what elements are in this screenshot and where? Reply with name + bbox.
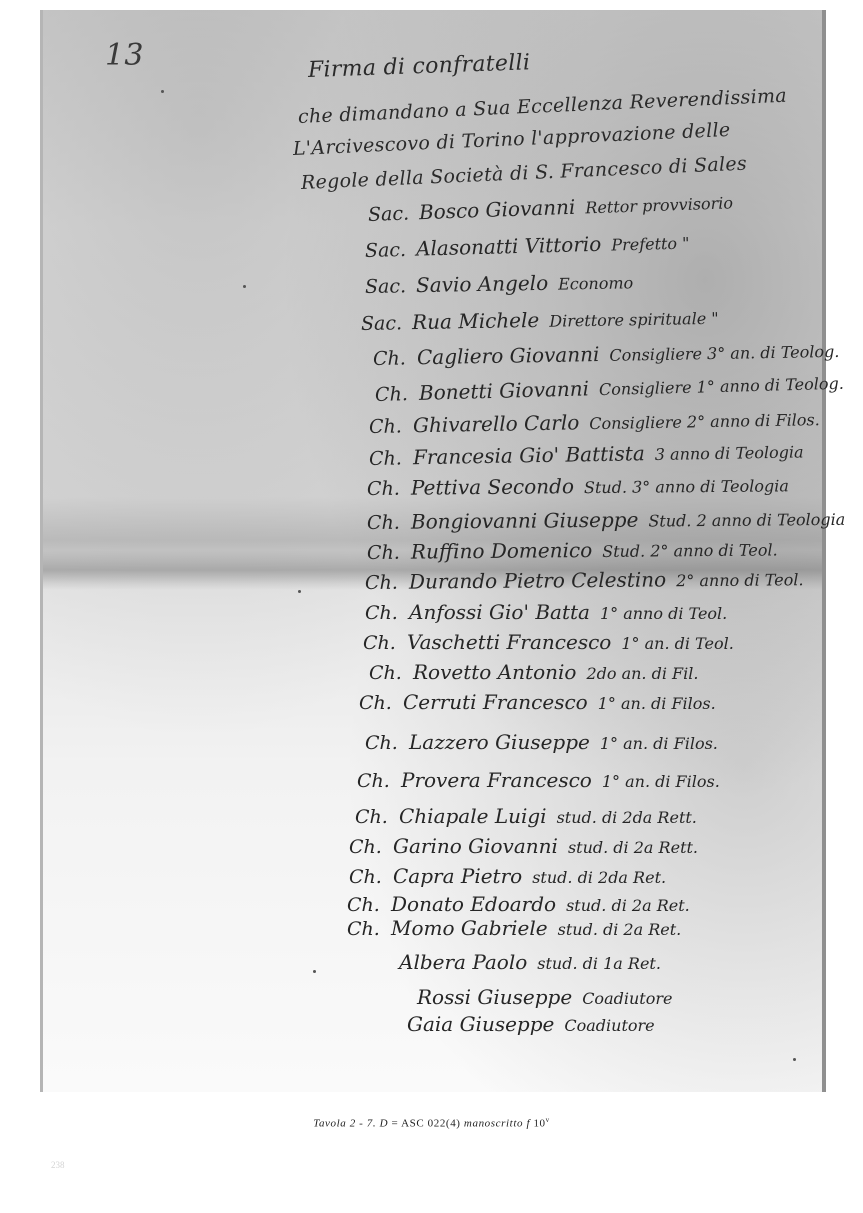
signature-title: Ch.: [369, 447, 403, 470]
signature-role: 1° an. di Filos.: [602, 772, 720, 791]
signature-role: 1° anno di Teol.: [600, 604, 727, 623]
signature-name: Rovetto Antonio: [413, 660, 576, 684]
caption-letter: D: [380, 1118, 389, 1130]
signature-role: Stud. 2 anno di Teologia: [648, 510, 845, 531]
signature-row: Ch. Momo Gabriele stud. di 2a Ret.: [347, 916, 681, 940]
signature-row: Albera Paolo stud. di 1a Ret.: [399, 950, 661, 974]
signature-name: Anfossi Gio' Batta: [409, 600, 590, 624]
signature-row: Ch. Francesia Gio' Battista 3 anno di Te…: [369, 438, 804, 470]
signature-title: Ch.: [347, 894, 381, 916]
signature-role: Rettor provvisorio: [585, 193, 733, 217]
signature-role: 1° an. di Filos.: [600, 734, 718, 753]
signature-role: 1° an. di Filos.: [598, 694, 716, 713]
signature-title: Ch.: [349, 836, 383, 858]
signature-title: Ch.: [357, 770, 391, 792]
figure-caption: Tavola 2 - 7. D = ASC 022(4) manoscritto…: [0, 1116, 863, 1130]
signature-role: 1° an. di Teol.: [621, 634, 733, 653]
signature-role: Prefetto ": [611, 234, 690, 255]
signature-role: Consigliere 1° anno di Teolog.: [599, 374, 844, 399]
signature-title: Sac.: [365, 275, 406, 298]
manuscript-heading: Firma di confratelli: [308, 50, 531, 83]
signature-role: Coadiutore: [582, 989, 672, 1008]
signature-title: Ch.: [367, 478, 401, 500]
signature-role: Consigliere 3° an. di Teolog.: [609, 342, 839, 365]
signature-row: Ch. Rovetto Antonio 2do an. di Fil.: [369, 660, 698, 684]
signature-role: Stud. 2° anno di Teol.: [602, 540, 778, 561]
signature-row: Sac. Bosco Giovanni Rettor provvisorio: [368, 189, 734, 226]
signature-name: Ruffino Domenico: [411, 538, 592, 564]
signature-name: Momo Gabriele: [391, 916, 548, 940]
signature-row: Ch. Bongiovanni Giuseppe Stud. 2 anno di…: [367, 506, 845, 534]
signature-name: Pettiva Secondo: [411, 474, 574, 499]
signature-role: stud. di 2da Ret.: [532, 868, 666, 887]
ink-speck: [243, 285, 246, 288]
signature-name: Lazzero Giuseppe: [409, 730, 590, 754]
signature-title: Ch.: [367, 542, 401, 564]
signature-name: Donato Edoardo: [391, 892, 556, 916]
signature-role: stud. di 2da Rett.: [557, 808, 697, 827]
manuscript-scan: 13 Firma di confratelli che dimandano a …: [40, 10, 826, 1092]
signature-role: Consigliere 2° anno di Filos.: [589, 410, 820, 433]
ink-speck: [298, 590, 301, 593]
signature-role: 2° anno di Teol.: [676, 570, 803, 590]
caption-type: manoscritto: [464, 1118, 523, 1130]
signature-row: Ch. Vaschetti Francesco 1° an. di Teol.: [363, 630, 734, 654]
signature-role: Economo: [558, 273, 633, 293]
ink-speck: [313, 970, 316, 973]
signature-row: Rossi Giuseppe Coadiutore: [417, 985, 672, 1009]
signature-row: Ch. Cerruti Francesco 1° an. di Filos.: [359, 690, 716, 714]
signature-row: Ch. Donato Edoardo stud. di 2a Ret.: [347, 892, 690, 916]
caption-folio-prefix: f: [526, 1118, 530, 1130]
signature-name: Gaia Giuseppe: [407, 1012, 554, 1036]
signature-row: Ch. Durando Pietro Celestino 2° anno di …: [365, 566, 804, 594]
signature-role: stud. di 2a Ret.: [558, 920, 682, 939]
page-number: 238: [51, 1160, 65, 1170]
signature-role: Stud. 3° anno di Teologia: [584, 476, 789, 497]
signature-row: Ch. Lazzero Giuseppe 1° an. di Filos.: [365, 730, 718, 754]
ink-speck: [793, 1058, 796, 1061]
signature-name: Cerruti Francesco: [403, 690, 588, 714]
signature-row: Ch. Bonetti Giovanni Consigliere 1° anno…: [375, 370, 844, 406]
signature-row: Sac. Savio Angelo Economo: [365, 269, 634, 298]
signature-role: 3 anno di Teologia: [655, 442, 804, 464]
signature-row: Ch. Ghivarello Carlo Consigliere 2° anno…: [369, 406, 820, 438]
signature-name: Bongiovanni Giuseppe: [411, 508, 639, 534]
signature-name: Rua Michele: [412, 308, 540, 334]
signature-name: Rossi Giuseppe: [417, 985, 572, 1009]
signature-title: Ch.: [359, 692, 393, 714]
signature-row: Ch. Capra Pietro stud. di 2da Ret.: [349, 864, 666, 888]
signature-row: Ch. Cagliero Giovanni Consigliere 3° an.…: [373, 338, 840, 370]
signature-role: stud. di 2a Ret.: [566, 896, 690, 915]
signature-name: Cagliero Giovanni: [417, 342, 600, 369]
signature-title: Ch.: [349, 866, 383, 888]
signature-title: Ch.: [375, 383, 410, 406]
signature-row: Ch. Anfossi Gio' Batta 1° anno di Teol.: [365, 600, 727, 624]
signature-name: Provera Francesco: [401, 768, 592, 792]
signature-row: Sac. Rua Michele Direttore spirituale ": [361, 305, 719, 335]
signature-title: Ch.: [365, 572, 399, 594]
signature-title: Ch.: [365, 602, 399, 624]
ink-speck: [161, 90, 164, 93]
intro-line-3: Regole della Società di S. Francesco di …: [301, 153, 748, 194]
caption-equals: =: [392, 1118, 399, 1130]
caption-tavola: Tavola 2 - 7.: [313, 1118, 376, 1130]
signature-name: Chiapale Luigi: [399, 804, 547, 828]
caption-folio-side: v: [546, 1116, 550, 1124]
signature-name: Francesia Gio' Battista: [413, 441, 645, 469]
signature-name: Bonetti Giovanni: [419, 376, 590, 404]
signature-row: Ch. Ruffino Domenico Stud. 2° anno di Te…: [367, 536, 778, 564]
signature-title: Ch.: [347, 918, 381, 940]
signature-name: Savio Angelo: [416, 271, 549, 297]
signature-row: Ch. Provera Francesco 1° an. di Filos.: [357, 768, 720, 792]
signature-name: Albera Paolo: [399, 950, 527, 974]
signature-role: stud. di 1a Ret.: [537, 954, 661, 973]
signature-title: Ch.: [365, 732, 399, 754]
signature-role: Coadiutore: [564, 1016, 654, 1035]
caption-folio: 10: [533, 1118, 545, 1130]
signature-title: Ch.: [355, 806, 389, 828]
signature-name: Ghivarello Carlo: [413, 410, 580, 437]
signature-role: stud. di 2a Rett.: [568, 838, 698, 857]
signature-row: Gaia Giuseppe Coadiutore: [407, 1012, 655, 1036]
signature-title: Ch.: [369, 415, 403, 438]
signature-title: Ch.: [367, 512, 401, 534]
signature-name: Garino Giovanni: [393, 834, 558, 858]
signature-row: Ch. Pettiva Secondo Stud. 3° anno di Teo…: [367, 472, 789, 500]
folio-mark: 13: [105, 38, 144, 73]
signature-title: Sac.: [368, 203, 410, 226]
caption-archive: ASC 022(4): [401, 1118, 460, 1130]
signature-role: Direttore spirituale ": [549, 309, 719, 331]
signature-title: Sac.: [361, 312, 402, 335]
signature-title: Ch.: [369, 662, 403, 684]
signature-name: Durando Pietro Celestino: [409, 567, 666, 593]
signature-role: 2do an. di Fil.: [586, 664, 698, 683]
signature-name: Capra Pietro: [393, 864, 522, 888]
signature-name: Vaschetti Francesco: [407, 630, 611, 654]
signature-title: Ch.: [363, 632, 397, 654]
signature-title: Sac.: [365, 239, 407, 262]
signature-row: Ch. Chiapale Luigi stud. di 2da Rett.: [355, 804, 697, 828]
signature-name: Alasonatti Vittorio: [416, 232, 602, 261]
signature-name: Bosco Giovanni: [419, 195, 576, 224]
signature-row: Sac. Alasonatti Vittorio Prefetto ": [365, 230, 690, 262]
signature-title: Ch.: [373, 347, 407, 370]
signature-row: Ch. Garino Giovanni stud. di 2a Rett.: [349, 834, 698, 858]
